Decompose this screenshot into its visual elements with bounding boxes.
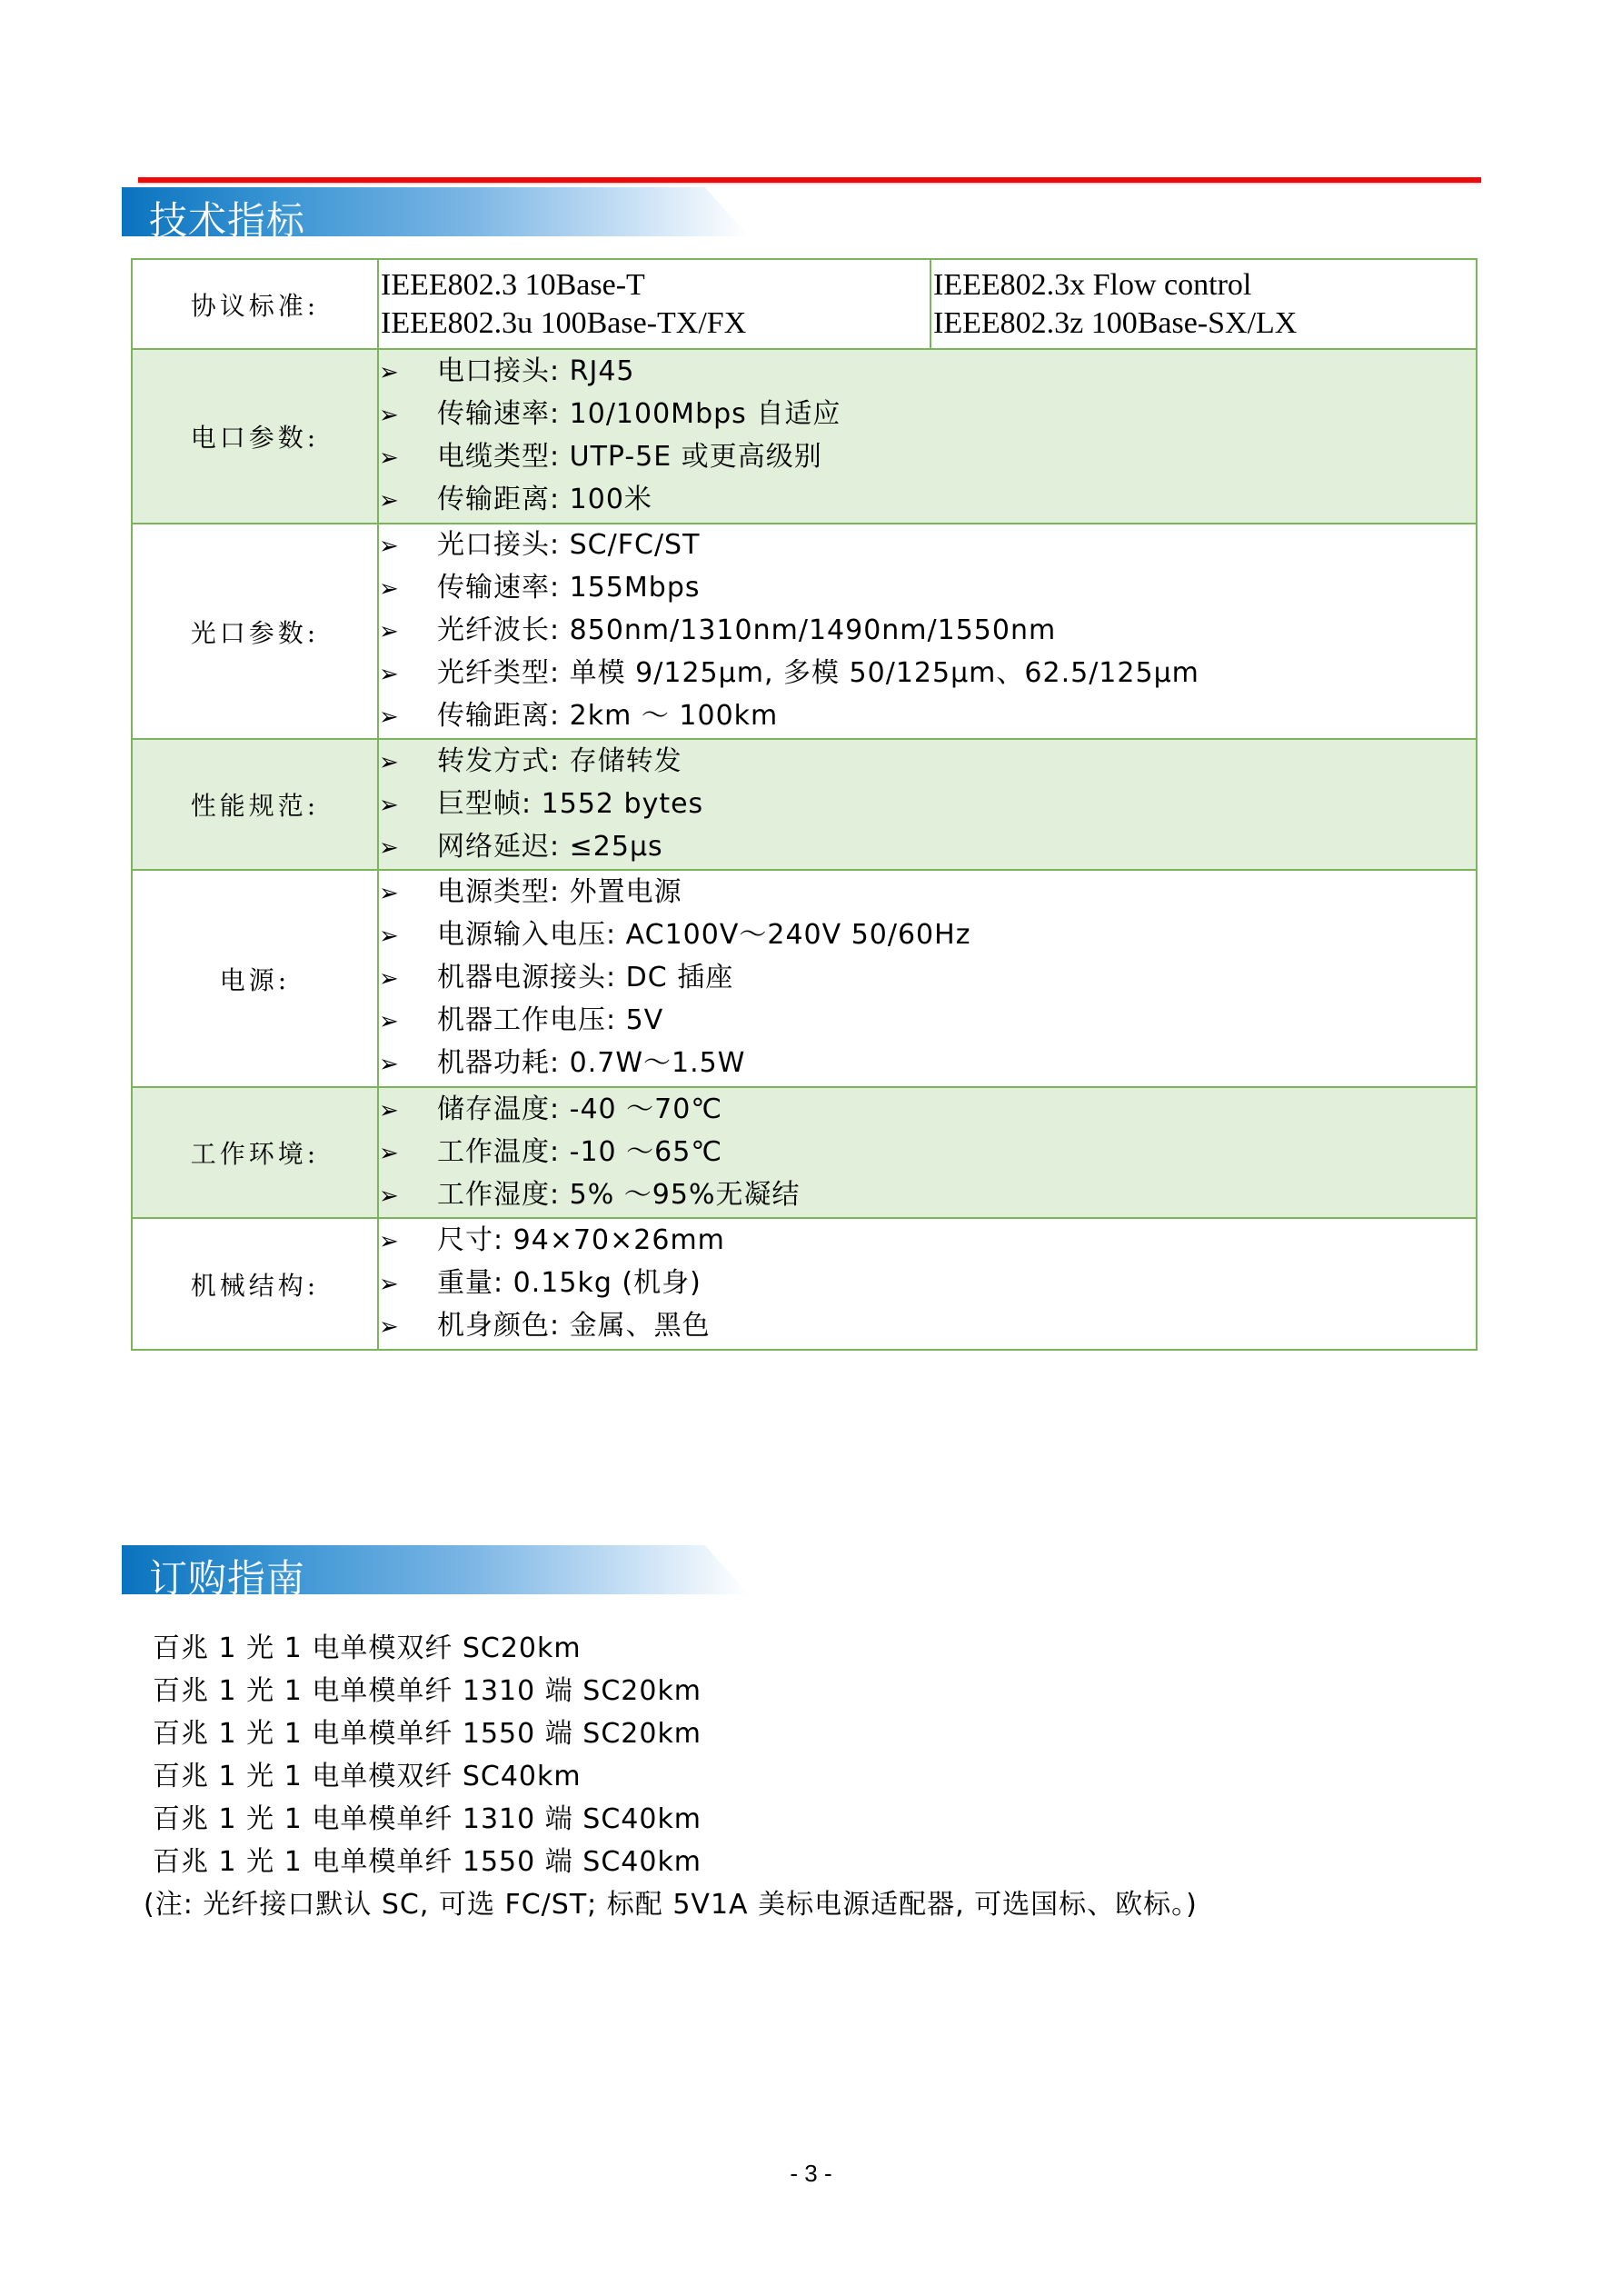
bullet-arrow-icon: ➢ — [379, 1001, 437, 1043]
table-row-protocol: 协议标准: IEEE802.3 10Base-T IEEE802.3u 100B… — [132, 259, 1477, 349]
order-item: 百兆 1 光 1 电单模单纤 1550 端 SC20km — [153, 1712, 1198, 1755]
table-row-power: 电源: ➢电源类型: 外置电源 ➢电源输入电压: AC100V～240V 50/… — [132, 870, 1477, 1087]
table-row-electrical: 电口参数: ➢电口接头: RJ45 ➢传输速率: 10/100Mbps 自适应 … — [132, 349, 1477, 524]
page-number: - 3 - — [0, 2160, 1622, 2188]
order-note: (注: 光纤接口默认 SC, 可选 FC/ST; 标配 5V1A 美标电源适配器… — [144, 1883, 1198, 1926]
row-label: 协议标准: — [132, 259, 378, 349]
bullet-arrow-icon: ➢ — [379, 480, 437, 522]
bullet-arrow-icon: ➢ — [379, 394, 437, 436]
table-row-optical: 光口参数: ➢光口接头: SC/FC/ST ➢传输速率: 155Mbps ➢光纤… — [132, 524, 1477, 739]
order-item: 百兆 1 光 1 电单模单纤 1310 端 SC20km — [153, 1670, 1198, 1712]
list-item: ➢电源类型: 外置电源 — [379, 872, 1476, 914]
row-label: 工作环境: — [132, 1087, 378, 1218]
list-item: ➢电源输入电压: AC100V～240V 50/60Hz — [379, 914, 1476, 957]
protocol-col1: IEEE802.3 10Base-T IEEE802.3u 100Base-TX… — [378, 259, 930, 349]
item-text: 储存温度: -40 ～70℃ — [437, 1093, 722, 1125]
bullet-arrow-icon: ➢ — [379, 525, 437, 567]
item-text: 机身颜色: 金属、黑色 — [437, 1310, 711, 1342]
item-text: 重量: 0.15kg (机身) — [437, 1267, 702, 1299]
list-item: ➢工作温度: -10 ～65℃ — [379, 1132, 1476, 1174]
bullet-arrow-icon: ➢ — [379, 1306, 437, 1348]
spec-table: 协议标准: IEEE802.3 10Base-T IEEE802.3u 100B… — [131, 258, 1478, 1351]
bullet-arrow-icon: ➢ — [379, 873, 437, 914]
list-item: ➢网络延迟: ≤25μs — [379, 826, 1476, 869]
section-banner-order: 订购指南 — [122, 1545, 749, 1594]
item-text: 尺寸: 94×70×26mm — [437, 1224, 725, 1256]
list-item: ➢传输距离: 100米 — [379, 479, 1476, 522]
protocol-value: IEEE802.3x Flow control — [933, 266, 1476, 304]
bullet-arrow-icon: ➢ — [379, 352, 437, 394]
row-items: ➢转发方式: 存储转发 ➢巨型帧: 1552 bytes ➢网络延迟: ≤25μ… — [378, 739, 1477, 870]
row-items: ➢电源类型: 外置电源 ➢电源输入电压: AC100V～240V 50/60Hz… — [378, 870, 1477, 1087]
item-text: 电源类型: 外置电源 — [437, 876, 682, 908]
row-label: 电口参数: — [132, 349, 378, 524]
row-label: 性能规范: — [132, 739, 378, 870]
list-item: ➢传输距离: 2km ～ 100km — [379, 695, 1476, 738]
row-items: ➢光口接头: SC/FC/ST ➢传输速率: 155Mbps ➢光纤波长: 85… — [378, 524, 1477, 739]
protocol-col2: IEEE802.3x Flow control IEEE802.3z 100Ba… — [930, 259, 1477, 349]
header-red-rule — [138, 177, 1481, 183]
section-title-order: 订购指南 — [149, 1549, 305, 1603]
bullet-arrow-icon: ➢ — [379, 784, 437, 826]
item-text: 转发方式: 存储转发 — [437, 745, 682, 777]
row-items: ➢电口接头: RJ45 ➢传输速率: 10/100Mbps 自适应 ➢电缆类型:… — [378, 349, 1477, 524]
row-label: 机械结构: — [132, 1218, 378, 1350]
item-text: 网络延迟: ≤25μs — [437, 831, 663, 863]
row-label: 光口参数: — [132, 524, 378, 739]
list-item: ➢光纤波长: 850nm/1310nm/1490nm/1550nm — [379, 610, 1476, 653]
list-item: ➢储存温度: -40 ～70℃ — [379, 1089, 1476, 1132]
item-text: 工作温度: -10 ～65℃ — [437, 1136, 722, 1168]
item-text: 传输距离: 100米 — [437, 484, 652, 515]
list-item: ➢工作湿度: 5% ～95%无凝结 — [379, 1174, 1476, 1217]
bullet-arrow-icon: ➢ — [379, 958, 437, 1000]
order-item: 百兆 1 光 1 电单模双纤 SC40km — [153, 1755, 1198, 1798]
item-text: 光纤类型: 单模 9/125μm, 多模 50/125μm、62.5/125μm — [437, 657, 1199, 689]
order-guide-list: 百兆 1 光 1 电单模双纤 SC20km 百兆 1 光 1 电单模单纤 131… — [153, 1627, 1198, 1926]
item-text: 传输速率: 155Mbps — [437, 572, 701, 604]
bullet-arrow-icon: ➢ — [379, 437, 437, 479]
protocol-value: IEEE802.3z 100Base-SX/LX — [933, 304, 1476, 343]
list-item: ➢传输速率: 155Mbps — [379, 567, 1476, 610]
item-text: 机器电源接头: DC 插座 — [437, 962, 733, 993]
list-item: ➢电缆类型: UTP-5E 或更高级别 — [379, 436, 1476, 479]
item-text: 传输距离: 2km ～ 100km — [437, 700, 778, 732]
item-text: 巨型帧: 1552 bytes — [437, 788, 703, 820]
section-banner-spec: 技术指标 — [122, 187, 749, 236]
list-item: ➢光纤类型: 单模 9/125μm, 多模 50/125μm、62.5/125μ… — [379, 653, 1476, 695]
protocol-value: IEEE802.3 10Base-T — [381, 266, 930, 304]
bullet-arrow-icon: ➢ — [379, 696, 437, 738]
list-item: ➢巨型帧: 1552 bytes — [379, 784, 1476, 826]
item-text: 传输速率: 10/100Mbps 自适应 — [437, 398, 841, 430]
item-text: 工作湿度: 5% ～95%无凝结 — [437, 1179, 800, 1211]
bullet-arrow-icon: ➢ — [379, 1090, 437, 1132]
protocol-value: IEEE802.3u 100Base-TX/FX — [381, 304, 930, 343]
bullet-arrow-icon: ➢ — [379, 742, 437, 784]
table-row-environment: 工作环境: ➢储存温度: -40 ～70℃ ➢工作温度: -10 ～65℃ ➢工… — [132, 1087, 1477, 1218]
order-item: 百兆 1 光 1 电单模单纤 1310 端 SC40km — [153, 1798, 1198, 1841]
bullet-arrow-icon: ➢ — [379, 1175, 437, 1217]
bullet-arrow-icon: ➢ — [379, 1221, 437, 1263]
row-items: ➢尺寸: 94×70×26mm ➢重量: 0.15kg (机身) ➢机身颜色: … — [378, 1218, 1477, 1350]
item-text: 光纤波长: 850nm/1310nm/1490nm/1550nm — [437, 614, 1056, 646]
order-item: 百兆 1 光 1 电单模单纤 1550 端 SC40km — [153, 1841, 1198, 1883]
list-item: ➢机器工作电压: 5V — [379, 1000, 1476, 1043]
item-text: 电源输入电压: AC100V～240V 50/60Hz — [437, 919, 970, 951]
list-item: ➢重量: 0.15kg (机身) — [379, 1263, 1476, 1305]
bullet-arrow-icon: ➢ — [379, 1133, 437, 1174]
list-item: ➢机身颜色: 金属、黑色 — [379, 1305, 1476, 1348]
row-label: 电源: — [132, 870, 378, 1087]
list-item: ➢机器功耗: 0.7W～1.5W — [379, 1043, 1476, 1085]
bullet-arrow-icon: ➢ — [379, 915, 437, 957]
item-text: 光口接头: SC/FC/ST — [437, 529, 700, 561]
list-item: ➢传输速率: 10/100Mbps 自适应 — [379, 394, 1476, 436]
bullet-arrow-icon: ➢ — [379, 654, 437, 695]
list-item: ➢电口接头: RJ45 — [379, 351, 1476, 394]
list-item: ➢尺寸: 94×70×26mm — [379, 1220, 1476, 1263]
row-items: ➢储存温度: -40 ～70℃ ➢工作温度: -10 ～65℃ ➢工作湿度: 5… — [378, 1087, 1477, 1218]
table-row-mechanical: 机械结构: ➢尺寸: 94×70×26mm ➢重量: 0.15kg (机身) ➢… — [132, 1218, 1477, 1350]
list-item: ➢转发方式: 存储转发 — [379, 741, 1476, 784]
item-text: 机器工作电压: 5V — [437, 1004, 663, 1036]
item-text: 电缆类型: UTP-5E 或更高级别 — [437, 441, 822, 473]
section-title-spec: 技术指标 — [149, 191, 305, 245]
list-item: ➢机器电源接头: DC 插座 — [379, 957, 1476, 1000]
list-item: ➢光口接头: SC/FC/ST — [379, 524, 1476, 567]
item-text: 机器功耗: 0.7W～1.5W — [437, 1047, 745, 1079]
order-item: 百兆 1 光 1 电单模双纤 SC20km — [153, 1627, 1198, 1670]
table-row-performance: 性能规范: ➢转发方式: 存储转发 ➢巨型帧: 1552 bytes ➢网络延迟… — [132, 739, 1477, 870]
item-text: 电口接头: RJ45 — [437, 355, 635, 387]
bullet-arrow-icon: ➢ — [379, 1043, 437, 1085]
bullet-arrow-icon: ➢ — [379, 827, 437, 869]
bullet-arrow-icon: ➢ — [379, 611, 437, 653]
bullet-arrow-icon: ➢ — [379, 568, 437, 610]
bullet-arrow-icon: ➢ — [379, 1263, 437, 1305]
